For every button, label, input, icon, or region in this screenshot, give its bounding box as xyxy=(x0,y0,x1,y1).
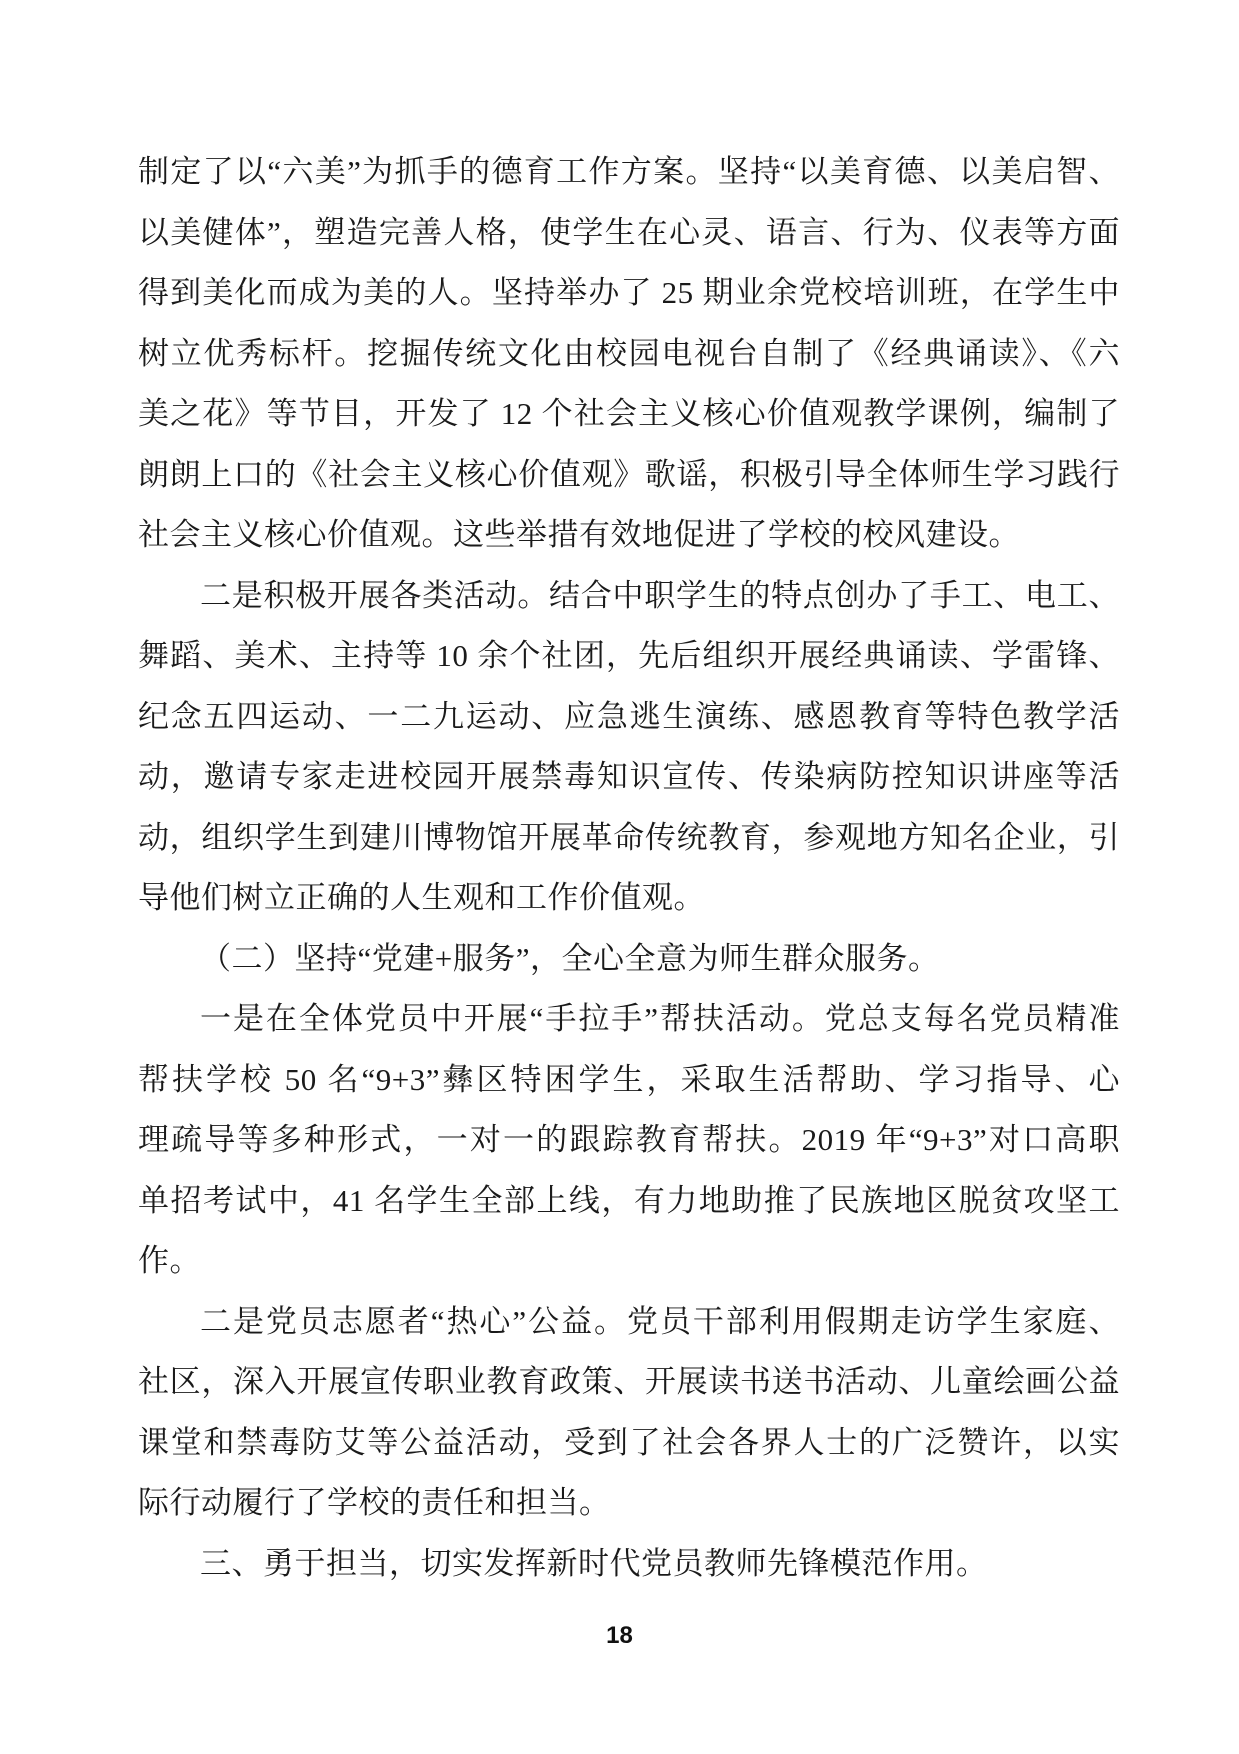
document-page: 制定了以“六美”为抓手的德育工作方案。坚持“以美育德、以美启智、以美健体”，塑造… xyxy=(0,0,1239,1754)
text-line-p1-l5: 美之花》等节目，开发了 12 个社会主义核心价值观教学课例，编制了 xyxy=(138,384,1120,445)
text-line-p5-l2: 社区，深入开展宣传职业教育政策、开展读书送书活动、儿童绘画公益 xyxy=(138,1352,1120,1413)
text-line-p5-l1: 二是党员志愿者“热心”公益。党员干部利用假期走访学生家庭、 xyxy=(138,1292,1120,1353)
text-line-p2-l5: 动，组织学生到建川博物馆开展革命传统教育，参观地方知名企业，引 xyxy=(138,808,1120,869)
text-line-p5-l4: 际行动履行了学校的责任和担当。 xyxy=(138,1473,1120,1534)
text-line-p5-l3: 课堂和禁毒防艾等公益活动，受到了社会各界人士的广泛赞许，以实 xyxy=(138,1413,1120,1474)
text-line-p1-l4: 树立优秀标杆。挖掘传统文化由校园电视台自制了《经典诵读》、《六 xyxy=(138,324,1120,385)
text-line-p4-l4: 单招考试中，41 名学生全部上线，有力地助推了民族地区脱贫攻坚工 xyxy=(138,1171,1120,1232)
text-line-p1-l1: 制定了以“六美”为抓手的德育工作方案。坚持“以美育德、以美启智、 xyxy=(138,142,1120,203)
text-line-p3-l1: （二）坚持“党建+服务”，全心全意为师生群众服务。 xyxy=(138,929,1120,990)
text-line-p4-l5: 作。 xyxy=(138,1231,1120,1292)
text-line-p4-l3: 理疏导等多种形式，一对一的跟踪教育帮扶。2019 年“9+3”对口高职 xyxy=(138,1110,1120,1171)
text-line-p1-l2: 以美健体”，塑造完善人格，使学生在心灵、语言、行为、仪表等方面 xyxy=(138,203,1120,264)
text-line-p1-l3: 得到美化而成为美的人。坚持举办了 25 期业余党校培训班，在学生中 xyxy=(138,263,1120,324)
text-line-p2-l6: 导他们树立正确的人生观和工作价值观。 xyxy=(138,868,1120,929)
text-line-p2-l4: 动，邀请专家走进校园开展禁毒知识宣传、传染病防控知识讲座等活 xyxy=(138,747,1120,808)
text-line-p6-l1: 三、勇于担当，切实发挥新时代党员教师先锋模范作用。 xyxy=(138,1534,1120,1595)
text-line-p1-l7: 社会主义核心价值观。这些举措有效地促进了学校的校风建设。 xyxy=(138,505,1120,566)
text-line-p1-l6: 朗朗上口的《社会主义核心价值观》歌谣，积极引导全体师生学习践行 xyxy=(138,445,1120,506)
text-line-p4-l2: 帮扶学校 50 名“9+3”彝区特困学生，采取生活帮助、学习指导、心 xyxy=(138,1050,1120,1111)
document-body: 制定了以“六美”为抓手的德育工作方案。坚持“以美育德、以美启智、以美健体”，塑造… xyxy=(138,142,1120,1594)
text-line-p2-l3: 纪念五四运动、一二九运动、应急逃生演练、感恩教育等特色教学活 xyxy=(138,687,1120,748)
page-number: 18 xyxy=(0,1622,1239,1650)
text-line-p4-l1: 一是在全体党员中开展“手拉手”帮扶活动。党总支每名党员精准 xyxy=(138,989,1120,1050)
text-line-p2-l1: 二是积极开展各类活动。结合中职学生的特点创办了手工、电工、 xyxy=(138,566,1120,627)
text-line-p2-l2: 舞蹈、美术、主持等 10 余个社团，先后组织开展经典诵读、学雷锋、 xyxy=(138,626,1120,687)
